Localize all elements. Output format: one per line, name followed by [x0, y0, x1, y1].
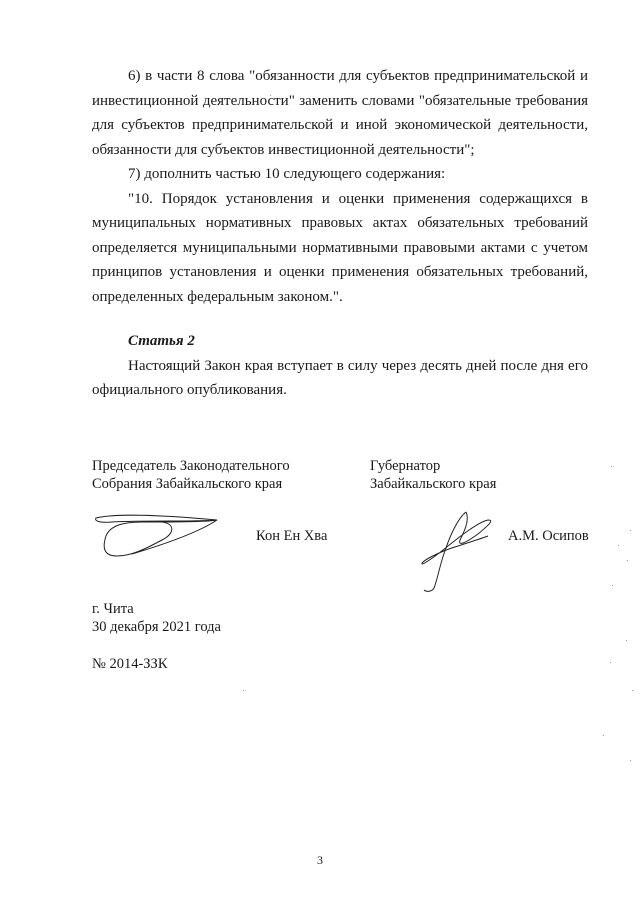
right-signature-image [418, 508, 498, 593]
left-signatory-title: Председатель Законодательного Собрания З… [92, 457, 290, 493]
document-page: 6) в части 8 слова "обязанности для субъ… [0, 0, 640, 905]
scan-speck [618, 545, 619, 546]
date: 30 декабря 2021 года [92, 618, 221, 636]
paragraph-item-6: 6) в части 8 слова "обязанности для субъ… [92, 64, 588, 162]
article-2-section: Статья 2 Настоящий Закон края вступает в… [92, 329, 588, 403]
document-body: 6) в части 8 слова "обязанности для субъ… [92, 64, 588, 309]
scan-speck [612, 585, 613, 586]
left-signature-image [92, 512, 242, 562]
right-signatory-title-line2: Забайкальского края [370, 475, 496, 493]
scan-speck [270, 95, 271, 96]
paragraph-quoted-part-10: "10. Порядок установления и оценки приме… [92, 187, 588, 310]
right-signatory-title-line1: Губернатор [370, 457, 496, 475]
left-signatory-name: Кон Ен Хва [256, 527, 327, 545]
scan-speck [243, 690, 244, 691]
scan-speck [627, 560, 628, 561]
scan-speck [611, 466, 612, 467]
article-text: Настоящий Закон края вступает в силу чер… [92, 354, 588, 403]
scan-speck [632, 690, 633, 691]
scan-speck [610, 662, 611, 663]
scan-speck [630, 530, 631, 531]
scan-speck [626, 640, 627, 641]
place: г. Чита [92, 600, 221, 618]
place-date-block: г. Чита 30 декабря 2021 года [92, 600, 221, 636]
right-signatory-name: А.М. Осипов [508, 527, 589, 545]
law-number: № 2014-ЗЗК [92, 655, 168, 673]
article-heading: Статья 2 [92, 329, 588, 354]
left-signatory-title-line2: Собрания Забайкальского края [92, 475, 290, 493]
paragraph-item-7: 7) дополнить частью 10 следующего содерж… [92, 162, 588, 187]
left-signatory-title-line1: Председатель Законодательного [92, 457, 290, 475]
scan-speck [603, 735, 604, 736]
right-signatory-title: Губернатор Забайкальского края [370, 457, 496, 493]
page-number: 3 [0, 853, 640, 868]
scan-speck [630, 760, 631, 761]
